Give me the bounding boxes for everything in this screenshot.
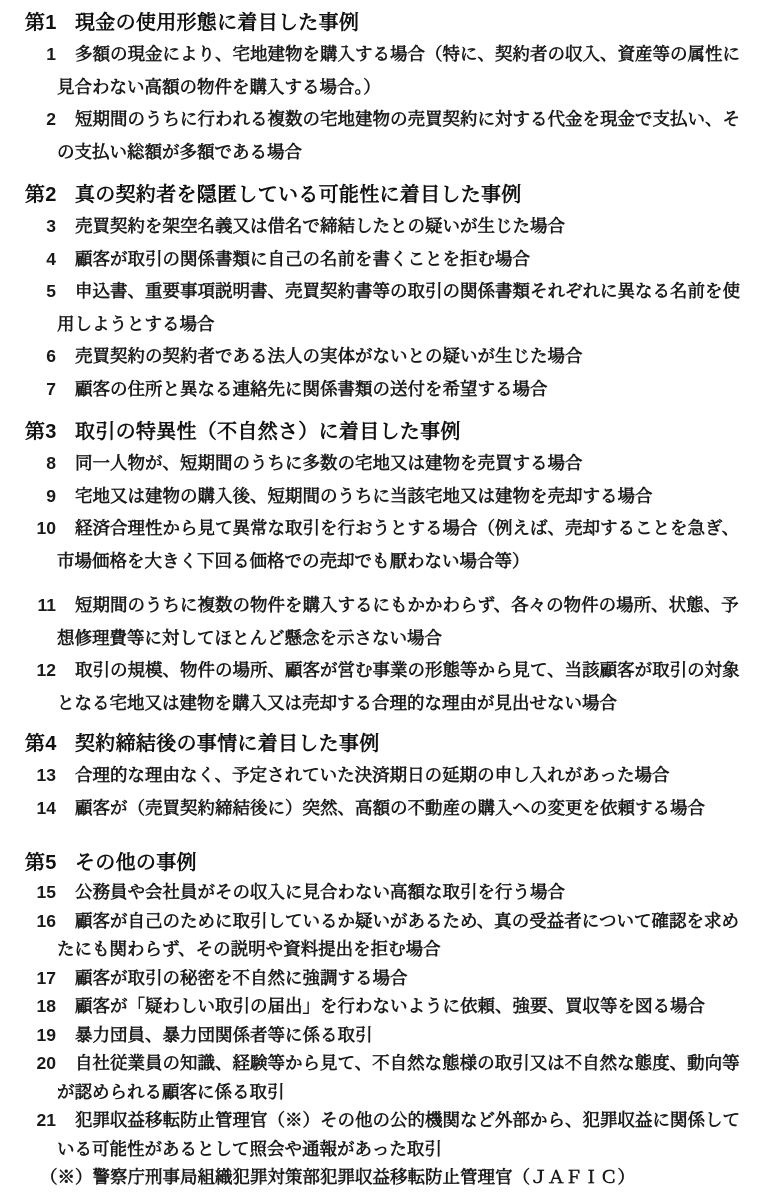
item-number: 20 [26,1049,56,1078]
item-number: 3 [26,210,56,243]
item-number: 13 [26,759,56,792]
section-3: 第3取引の特異性（不自然さ）に着目した事例8同一人物が、短期間のうちに多数の宅地… [25,417,742,719]
section-title: その他の事例 [75,848,197,878]
item-text: 取引の規模、物件の場所、顧客が営む事業の形態等から見て、当該顧客が取引の対象とな… [57,660,740,713]
item-number: 2 [26,103,56,136]
item-number: 19 [26,1021,56,1050]
section-list: 第1現金の使用形態に着目した事例1多額の現金により、宅地建物を購入する場合（特に… [25,8,742,1163]
footnote: （※）警察庁刑事局組織犯罪対策部犯罪収益移転防止管理官（ＪＡＦＩＣ） [40,1163,742,1192]
section-title: 契約締結後の事情に着目した事例 [75,729,380,759]
item-number: 9 [26,480,56,513]
list-item: 15公務員や会社員がその収入に見合わない高額な取引を行う場合 [57,878,742,907]
section-number: 第3 [25,417,75,447]
section-heading: 第3取引の特異性（不自然さ）に着目した事例 [25,417,742,447]
section-title: 真の契約者を隠匿している可能性に着目した事例 [75,180,522,210]
item-text: 短期間のうちに行われる複数の宅地建物の売買契約に対する代金を現金で支払い、その支… [57,109,740,162]
item-text: 同一人物が、短期間のうちに多数の宅地又は建物を売買する場合 [75,453,583,473]
list-item: 6売買契約の契約者である法人の実体がないとの疑いが生じた場合 [57,340,742,373]
list-item: 19暴力団員、暴力団関係者等に係る取引 [57,1021,742,1050]
item-text: 顧客が取引の関係書類に自己の名前を書くことを拒む場合 [75,249,530,269]
list-item: 4顧客が取引の関係書類に自己の名前を書くことを拒む場合 [57,243,742,276]
item-number: 7 [26,373,56,406]
item-number: 8 [26,447,56,480]
list-item: 8同一人物が、短期間のうちに多数の宅地又は建物を売買する場合 [57,447,742,480]
item-number: 15 [26,878,56,907]
item-text: 合理的な理由なく、予定されていた決済期日の延期の申し入れがあった場合 [75,765,669,785]
item-text: 犯罪収益移転防止管理官（※）その他の公的機関など外部から、犯罪収益に関係している… [57,1110,740,1159]
section-number: 第2 [25,180,75,210]
item-text: 顧客の住所と異なる連絡先に関係書類の送付を希望する場合 [75,379,548,399]
list-item: 10経済合理性から見て異常な取引を行おうとする場合（例えば、売却することを急ぎ、… [57,512,742,577]
item-text: 公務員や会社員がその収入に見合わない高額な取引を行う場合 [75,882,565,902]
item-text: 顧客が「疑わしい取引の届出」を行わないように依頼、強要、買収等を図る場合 [75,996,705,1016]
item-text: 売買契約を架空名義又は借名で締結したとの疑いが生じた場合 [75,216,565,236]
item-number: 18 [26,992,56,1021]
list-item: 17顧客が取引の秘密を不自然に強調する場合 [57,964,742,993]
item-text: 顧客が自己のために取引しているか疑いがあるため、真の受益者について確認を求めたに… [57,911,739,960]
item-number: 5 [26,275,56,308]
item-number: 4 [26,243,56,276]
section-1: 第1現金の使用形態に着目した事例1多額の現金により、宅地建物を購入する場合（特に… [25,8,742,168]
item-number: 21 [26,1106,56,1135]
list-item: 2短期間のうちに行われる複数の宅地建物の売買契約に対する代金を現金で支払い、その… [57,103,742,168]
item-text: 多額の現金により、宅地建物を購入する場合（特に、契約者の収入、資産等の属性に見合… [57,44,740,97]
section-number: 第1 [25,8,75,38]
list-item: 3売買契約を架空名義又は借名で締結したとの疑いが生じた場合 [57,210,742,243]
section-title: 現金の使用形態に着目した事例 [75,8,359,38]
item-number: 14 [26,792,56,825]
item-number: 16 [26,907,56,936]
section-heading: 第4契約締結後の事情に着目した事例 [25,729,742,759]
item-number: 6 [26,340,56,373]
item-text: 顧客が（売買契約締結後に）突然、高額の不動産の購入への変更を依頼する場合 [75,798,705,818]
item-number: 12 [26,654,56,687]
list-item: 5申込書、重要事項説明書、売買契約書等の取引の関係書類それぞれに異なる名前を使用… [57,275,742,340]
item-text: 売買契約の契約者である法人の実体がないとの疑いが生じた場合 [75,346,583,366]
section-number: 第5 [25,848,75,878]
document-page: 第1現金の使用形態に着目した事例1多額の現金により、宅地建物を購入する場合（特に… [0,0,768,1198]
section-2: 第2真の契約者を隠匿している可能性に着目した事例3売買契約を架空名義又は借名で締… [25,180,742,405]
item-number: 11 [26,589,56,622]
item-text: 暴力団員、暴力団関係者等に係る取引 [75,1025,373,1045]
item-text: 申込書、重要事項説明書、売買契約書等の取引の関係書類それぞれに異なる名前を使用し… [57,281,740,334]
section-4: 第4契約締結後の事情に着目した事例13合理的な理由なく、予定されていた決済期日の… [25,729,742,824]
list-item: 1多額の現金により、宅地建物を購入する場合（特に、契約者の収入、資産等の属性に見… [57,38,742,103]
list-item: 14顧客が（売買契約締結後に）突然、高額の不動産の購入への変更を依頼する場合 [57,792,742,825]
section-title: 取引の特異性（不自然さ）に着目した事例 [75,417,461,447]
list-item: 12取引の規模、物件の場所、顧客が営む事業の形態等から見て、当該顧客が取引の対象… [57,654,742,719]
item-text: 自社従業員の知識、経験等から見て、不自然な態様の取引又は不自然な態度、動向等が認… [57,1053,740,1102]
item-number: 1 [26,38,56,71]
item-text: 経済合理性から見て異常な取引を行おうとする場合（例えば、売却することを急ぎ、市場… [57,518,739,571]
section-heading: 第5その他の事例 [25,848,742,878]
item-text: 宅地又は建物の購入後、短期間のうちに当該宅地又は建物を売却する場合 [75,486,653,506]
item-text: 顧客が取引の秘密を不自然に強調する場合 [75,968,408,988]
item-number: 17 [26,964,56,993]
list-item: 9宅地又は建物の購入後、短期間のうちに当該宅地又は建物を売却する場合 [57,480,742,513]
list-item: 11短期間のうちに複数の物件を購入するにもかかわらず、各々の物件の場所、状態、予… [57,589,742,654]
section-5: 第5その他の事例15公務員や会社員がその収入に見合わない高額な取引を行う場合16… [25,848,742,1163]
list-item: 13合理的な理由なく、予定されていた決済期日の延期の申し入れがあった場合 [57,759,742,792]
section-heading: 第1現金の使用形態に着目した事例 [25,8,742,38]
item-text: 短期間のうちに複数の物件を購入するにもかかわらず、各々の物件の場所、状態、予想修… [57,595,739,648]
list-item: 21犯罪収益移転防止管理官（※）その他の公的機関など外部から、犯罪収益に関係して… [57,1106,742,1163]
list-item: 7顧客の住所と異なる連絡先に関係書類の送付を希望する場合 [57,373,742,406]
section-heading: 第2真の契約者を隠匿している可能性に着目した事例 [25,180,742,210]
list-item: 18顧客が「疑わしい取引の届出」を行わないように依頼、強要、買収等を図る場合 [57,992,742,1021]
list-item: 16顧客が自己のために取引しているか疑いがあるため、真の受益者について確認を求め… [57,907,742,964]
section-number: 第4 [25,729,75,759]
item-number: 10 [26,512,56,545]
list-item: 20自社従業員の知識、経験等から見て、不自然な態様の取引又は不自然な態度、動向等… [57,1049,742,1106]
